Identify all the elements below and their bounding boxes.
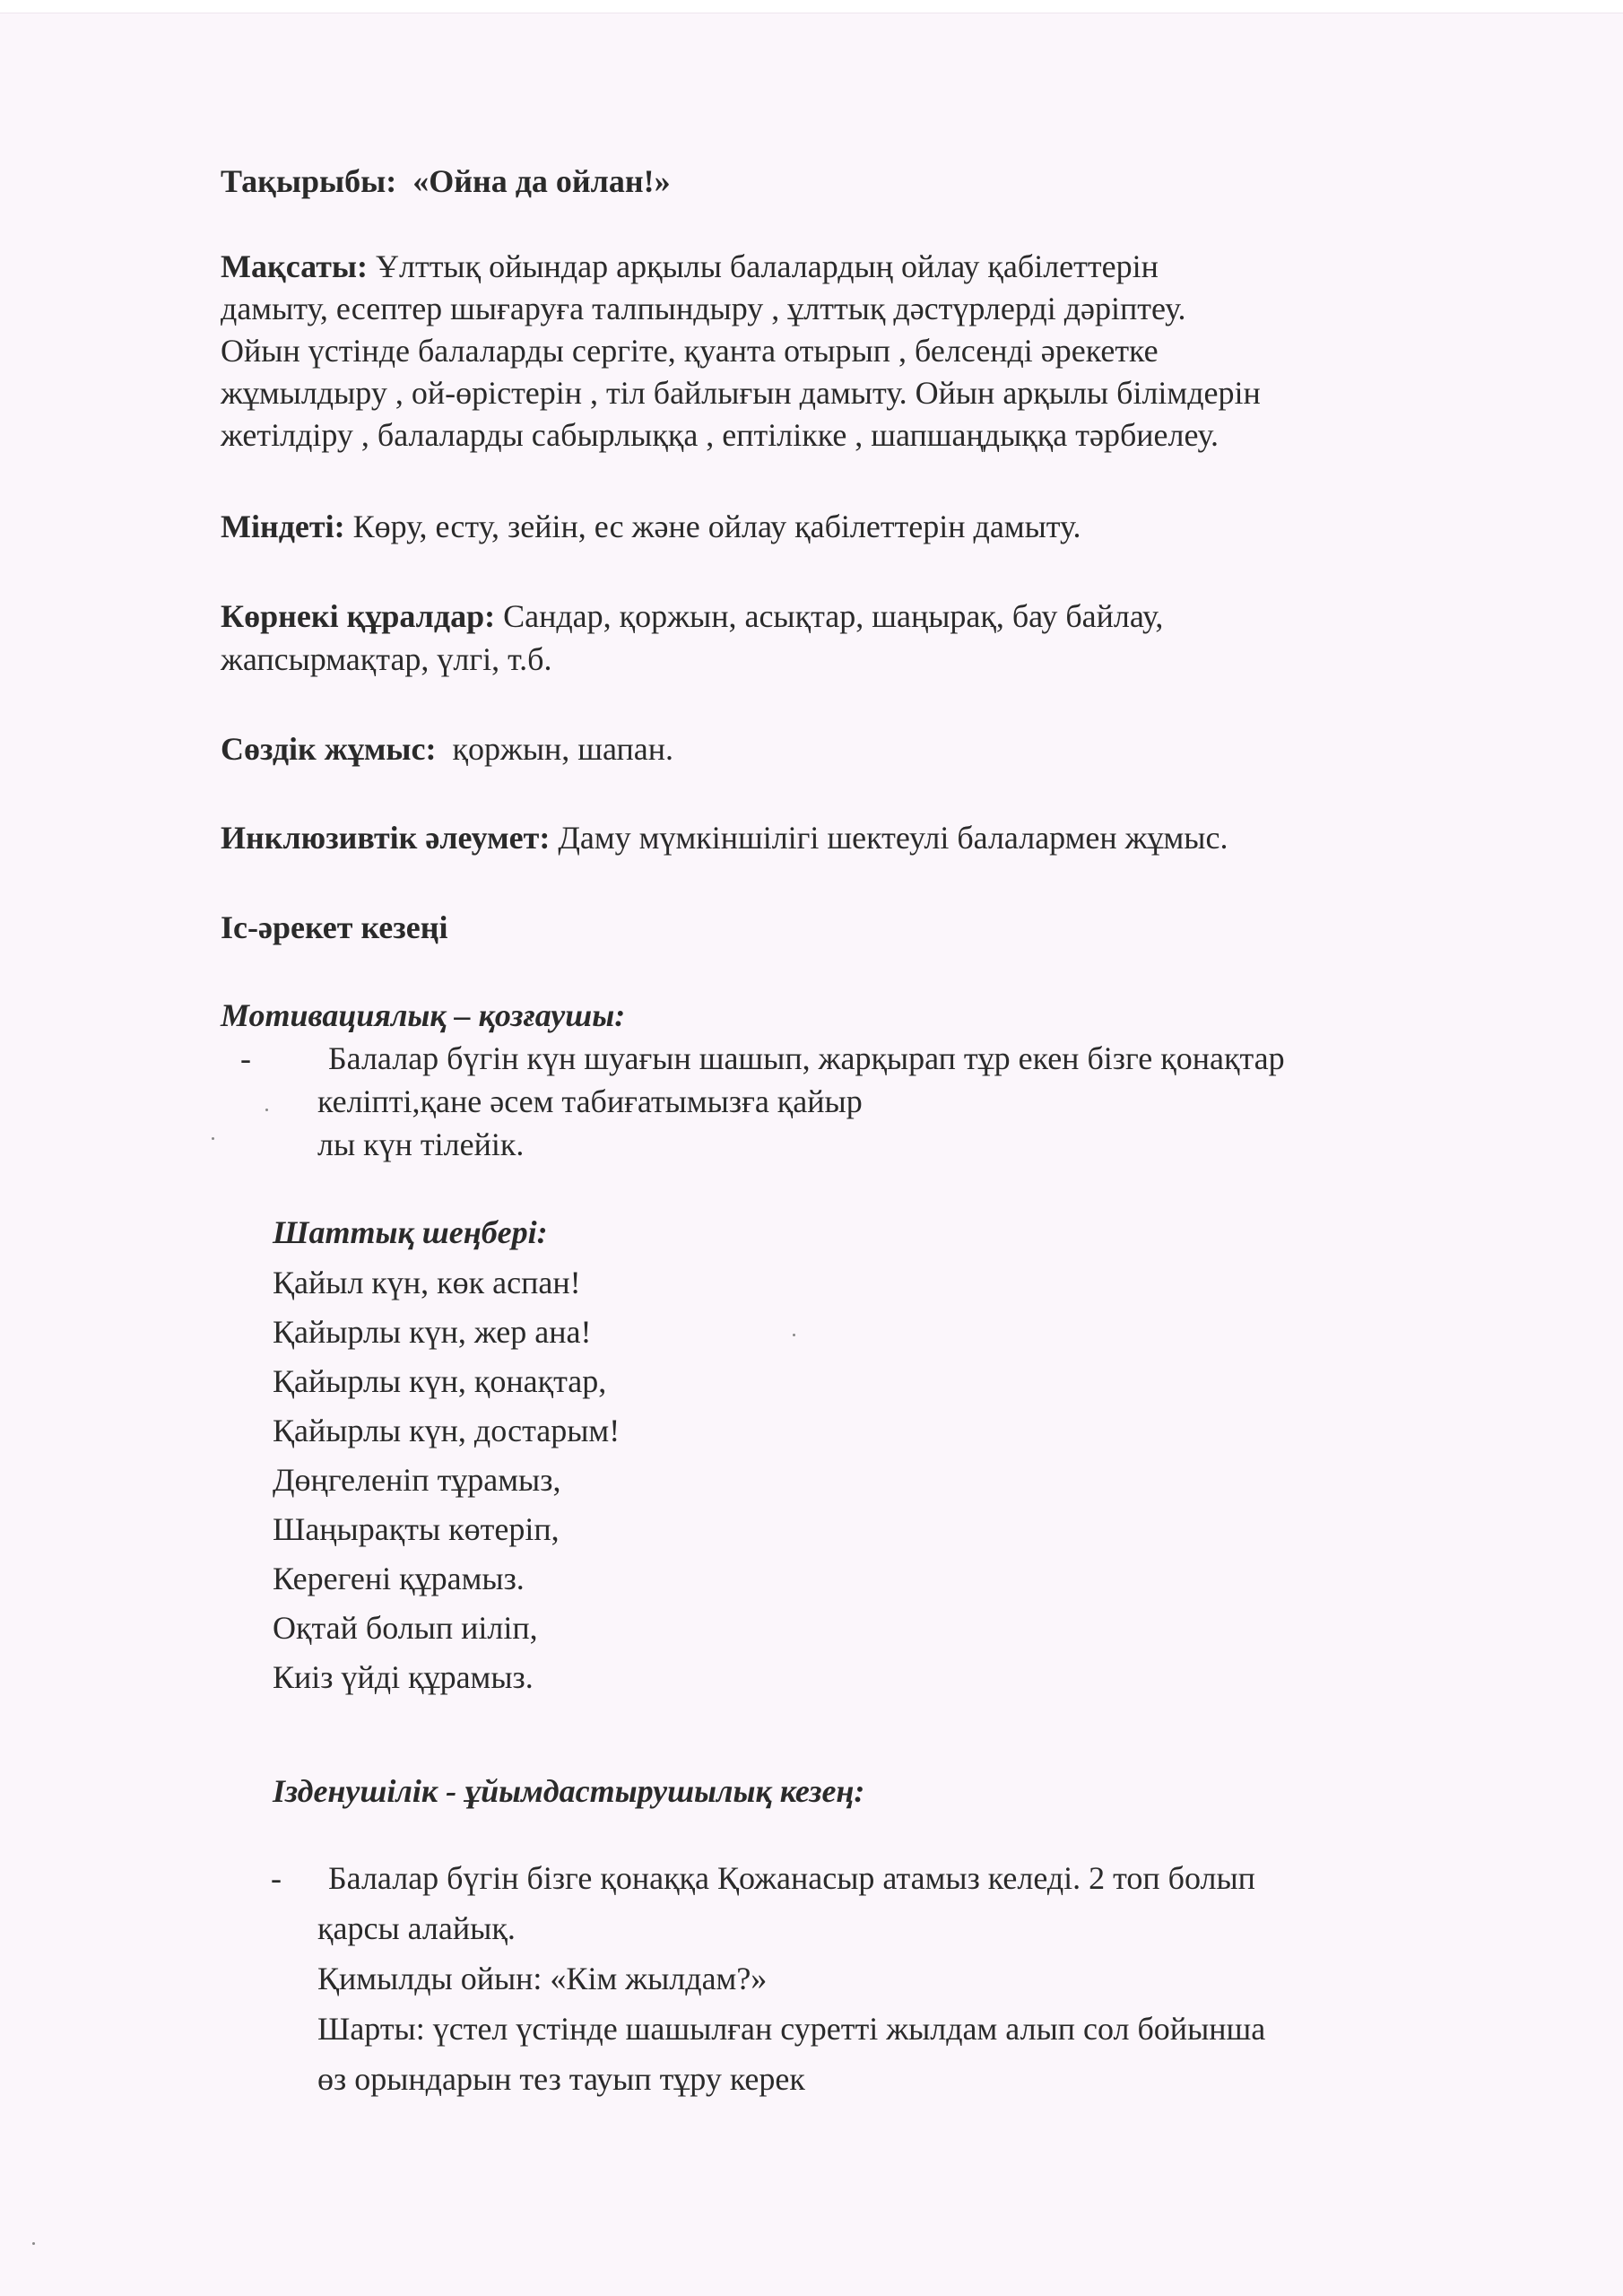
goal-line-1: Мақсаты: Ұлттық ойындар арқылы балаларды… bbox=[221, 247, 1159, 286]
task-line: Міндеті: Көру, есту, зейін, ес және ойла… bbox=[221, 507, 1081, 546]
joy-circle-line-7: Керегені құрамыз. bbox=[273, 1559, 525, 1598]
goal-label: Мақсаты: bbox=[221, 248, 368, 284]
scan-speck bbox=[32, 2242, 35, 2245]
search-stage-line-1: Балалар бүгін бізге қонаққа Қожанасыр ат… bbox=[328, 1858, 1255, 1898]
motivation-line-1: Балалар бүгін күн шуағын шашып, жарқырап… bbox=[328, 1039, 1285, 1078]
search-stage-line-2: қарсы алайық. bbox=[317, 1909, 516, 1948]
goal-line-2: дамыту, есептер шығаруға талпындыру , ұл… bbox=[221, 289, 1185, 328]
motivation-line-2: келіпті,қане әсем табиғатымызға қайыр bbox=[317, 1082, 863, 1121]
goal-line-5: жетілдіру , балаларды сабырлыққа , ептіл… bbox=[221, 415, 1219, 455]
joy-circle-line-2: Қайырлы күн, жер ана! bbox=[273, 1312, 591, 1352]
joy-circle-line-3: Қайырлы күн, қонақтар, bbox=[273, 1361, 606, 1401]
visual-aids-label: Көрнекі құралдар: bbox=[221, 598, 495, 634]
search-stage-line-3: Қимылды ойын: «Кім жылдам?» bbox=[317, 1959, 767, 1998]
topic-label: Тақырыбы: bbox=[221, 163, 396, 199]
joy-circle-line-1: Қайыл күн, көк аспан! bbox=[273, 1263, 581, 1302]
scan-speck bbox=[793, 1334, 795, 1336]
joy-circle-heading: Шаттық шеңбері: bbox=[273, 1213, 548, 1252]
visual-aids-line-1: Көрнекі құралдар: Сандар, қоржын, асықта… bbox=[221, 596, 1163, 636]
search-stage-line-5: өз орындарын тез тауып тұру керек bbox=[317, 2059, 805, 2099]
scan-speck bbox=[212, 1137, 214, 1140]
inclusive-value: Даму мүмкіншілігі шектеулі балалармен жұ… bbox=[558, 820, 1228, 856]
goal-line-4: жұмылдыру , ой-өрістерін , тіл байлығын … bbox=[221, 373, 1261, 413]
motivation-line-3: лы күн тілейік. bbox=[317, 1125, 524, 1164]
activity-stage-heading: Іс-әрекет кезеңі bbox=[221, 908, 447, 947]
joy-circle-line-8: Оқтай болып иіліп, bbox=[273, 1608, 538, 1648]
task-label: Міндеті: bbox=[221, 509, 345, 544]
motivation-heading: Мотивациялық – қозғаушы: bbox=[221, 996, 625, 1035]
vocabulary-value: қоржын, шапан. bbox=[452, 731, 673, 767]
goal-line-3: Ойын үстінде балаларды сергіте, қуанта о… bbox=[221, 331, 1159, 370]
search-stage-line-4: Шарты: үстел үстінде шашылған суретті жы… bbox=[317, 2009, 1265, 2048]
inclusive-label: Инклюзивтік әлеумет: bbox=[221, 820, 550, 856]
vocabulary-label: Сөздік жұмыс: bbox=[221, 731, 436, 767]
joy-circle-line-6: Шаңырақты көтеріп, bbox=[273, 1509, 560, 1549]
scan-speck bbox=[265, 1109, 268, 1111]
vocabulary-line: Сөздік жұмыс: қоржын, шапан. bbox=[221, 729, 673, 769]
inclusive-line: Инклюзивтік әлеумет: Даму мүмкіншілігі ш… bbox=[221, 818, 1228, 857]
visual-aids-line-2: жапсырмақтар, үлгі, т.б. bbox=[221, 639, 552, 679]
motivation-bullet: - bbox=[240, 1039, 251, 1078]
search-stage-heading: Ізденушілік - ұйымдастырушылық кезең: bbox=[273, 1771, 864, 1811]
topic-value: «Ойна да ойлан!» bbox=[412, 163, 670, 199]
topic-line: Тақырыбы: «Ойна да ойлан!» bbox=[221, 161, 671, 201]
scan-top-edge bbox=[0, 0, 1623, 13]
joy-circle-line-5: Дөңгеленіп тұрамыз, bbox=[273, 1460, 560, 1500]
search-stage-bullet: - bbox=[271, 1858, 282, 1898]
task-value: Көру, есту, зейін, ес және ойлау қабілет… bbox=[353, 509, 1081, 544]
joy-circle-line-4: Қайырлы күн, достарым! bbox=[273, 1411, 620, 1450]
visual-aids-text-1: Сандар, қоржын, асықтар, шаңырақ, бау ба… bbox=[503, 598, 1163, 634]
joy-circle-line-9: Киіз үйді құрамыз. bbox=[273, 1657, 534, 1697]
goal-text-1: Ұлттық ойындар арқылы балалардың ойлау қ… bbox=[376, 248, 1159, 284]
